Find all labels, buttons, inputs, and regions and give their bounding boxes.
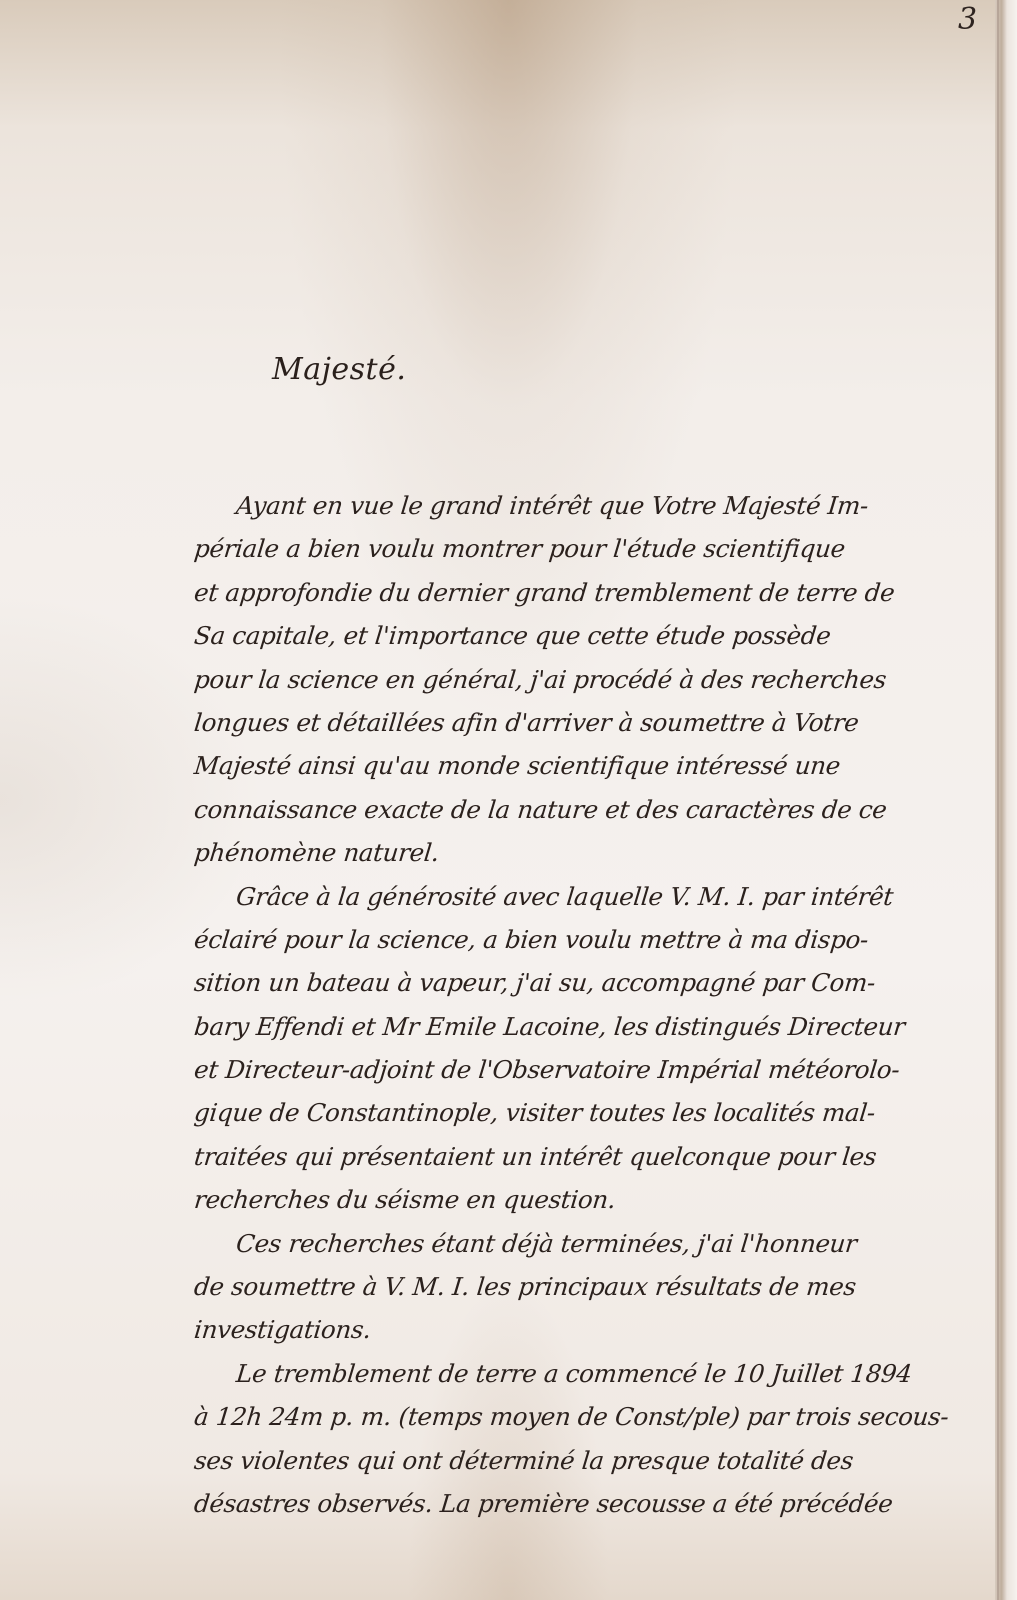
paragraph-1: Ayant en vue le grand intérêt que Votre …	[192, 484, 977, 875]
text-line: Majesté ainsi qu'au monde scientifique i…	[192, 744, 982, 787]
text-line: Grâce à la générosité avec laquelle V. M…	[192, 875, 982, 918]
paragraph-2: Grâce à la générosité avec laquelle V. M…	[192, 875, 977, 1222]
salutation: Majesté.	[272, 352, 406, 387]
text-line: et Directeur-adjoint de l'Observatoire I…	[192, 1048, 982, 1091]
text-line: traitées qui présentaient un intérêt que…	[192, 1135, 982, 1178]
paragraph-3: Ces recherches étant déjà terminées, j'a…	[192, 1222, 977, 1352]
manuscript-page: 3 Majesté. Ayant en vue le grand intérêt…	[0, 0, 1017, 1600]
text-line: Le tremblement de terre a commencé le 10…	[192, 1352, 982, 1395]
text-line: ses violentes qui ont déterminé la presq…	[192, 1439, 982, 1482]
letter-body: Ayant en vue le grand intérêt que Votre …	[192, 484, 977, 1525]
text-line: pour la science en général, j'ai procédé…	[192, 658, 982, 701]
paragraph-4: Le tremblement de terre a commencé le 10…	[192, 1352, 977, 1526]
text-line: éclairé pour la science, a bien voulu me…	[192, 918, 982, 961]
text-line: bary Effendi et Mr Emile Lacoine, les di…	[192, 1005, 982, 1048]
page-number: 3	[958, 2, 977, 37]
text-line: Ces recherches étant déjà terminées, j'a…	[192, 1222, 982, 1265]
text-line: connaissance exacte de la nature et des …	[192, 788, 982, 831]
text-line: gique de Constantinople, visiter toutes …	[192, 1091, 982, 1134]
text-line: longues et détaillées afin d'arriver à s…	[192, 701, 982, 744]
text-line: Ayant en vue le grand intérêt que Votre …	[192, 484, 982, 527]
text-line: investigations.	[192, 1308, 982, 1351]
text-line: recherches du séisme en question.	[192, 1178, 982, 1221]
page-edge-line	[997, 0, 999, 1600]
text-line: phénomène naturel.	[192, 831, 982, 874]
text-line: sition un bateau à vapeur, j'ai su, acco…	[192, 961, 982, 1004]
text-line: Sa capitale, et l'importance que cette é…	[192, 614, 982, 657]
text-line: à 12h 24m p. m. (temps moyen de Const/pl…	[192, 1395, 982, 1438]
text-line: et approfondie du dernier grand tremblem…	[192, 571, 982, 614]
text-line: de soumettre à V. M. I. les principaux r…	[192, 1265, 982, 1308]
text-line: périale a bien voulu montrer pour l'étud…	[192, 527, 982, 570]
text-line: désastres observés. La première secousse…	[192, 1482, 982, 1525]
